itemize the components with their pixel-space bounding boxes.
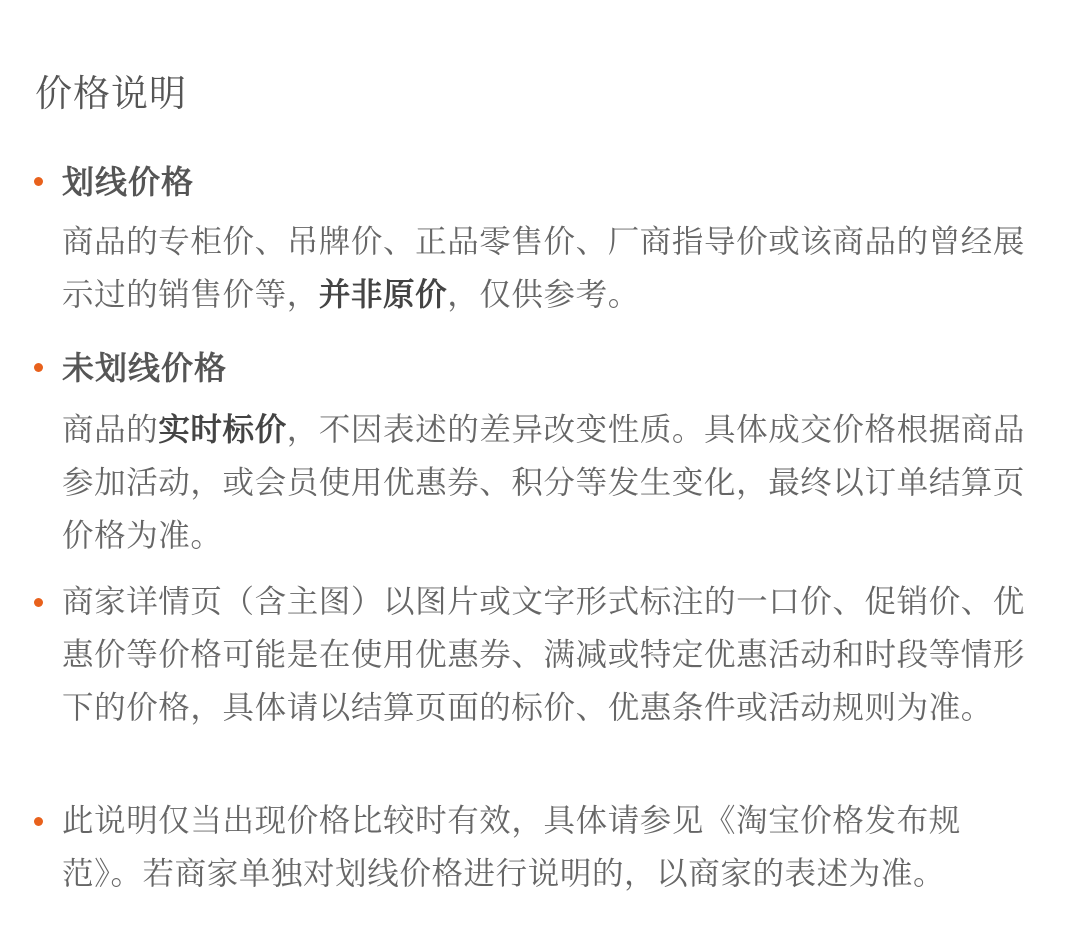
section-body: 商品的实时标价，不因表述的差异改变性质。具体成交价格根据商品参加活动，或会员使用…: [62, 404, 1037, 563]
bullet-dot-icon: [34, 363, 43, 372]
bullet-dot-icon: [34, 177, 43, 186]
section-heading: 划线价格: [62, 160, 194, 204]
section-body: 此说明仅当出现价格比较时有效，具体请参见《淘宝价格发布规范》。若商家单独对划线价…: [62, 795, 1037, 901]
price-explanation-page: 价格说明 划线价格 商品的专柜价、吊牌价、正品零售价、厂商指导价或该商品的曾经展…: [0, 0, 1080, 946]
bold-emphasis: 实时标价: [158, 412, 286, 448]
section-heading: 未划线价格: [62, 346, 227, 390]
page-title: 价格说明: [35, 68, 187, 120]
section-body: 商品的专柜价、吊牌价、正品零售价、厂商指导价或该商品的曾经展示过的销售价等，并非…: [62, 216, 1037, 322]
bullet-dot-icon: [34, 817, 43, 826]
section-body: 商家详情页（含主图）以图片或文字形式标注的一口价、促销价、优惠价等价格可能是在使…: [62, 576, 1037, 735]
bullet-dot-icon: [34, 598, 43, 607]
bold-emphasis: 并非原价: [319, 277, 447, 313]
